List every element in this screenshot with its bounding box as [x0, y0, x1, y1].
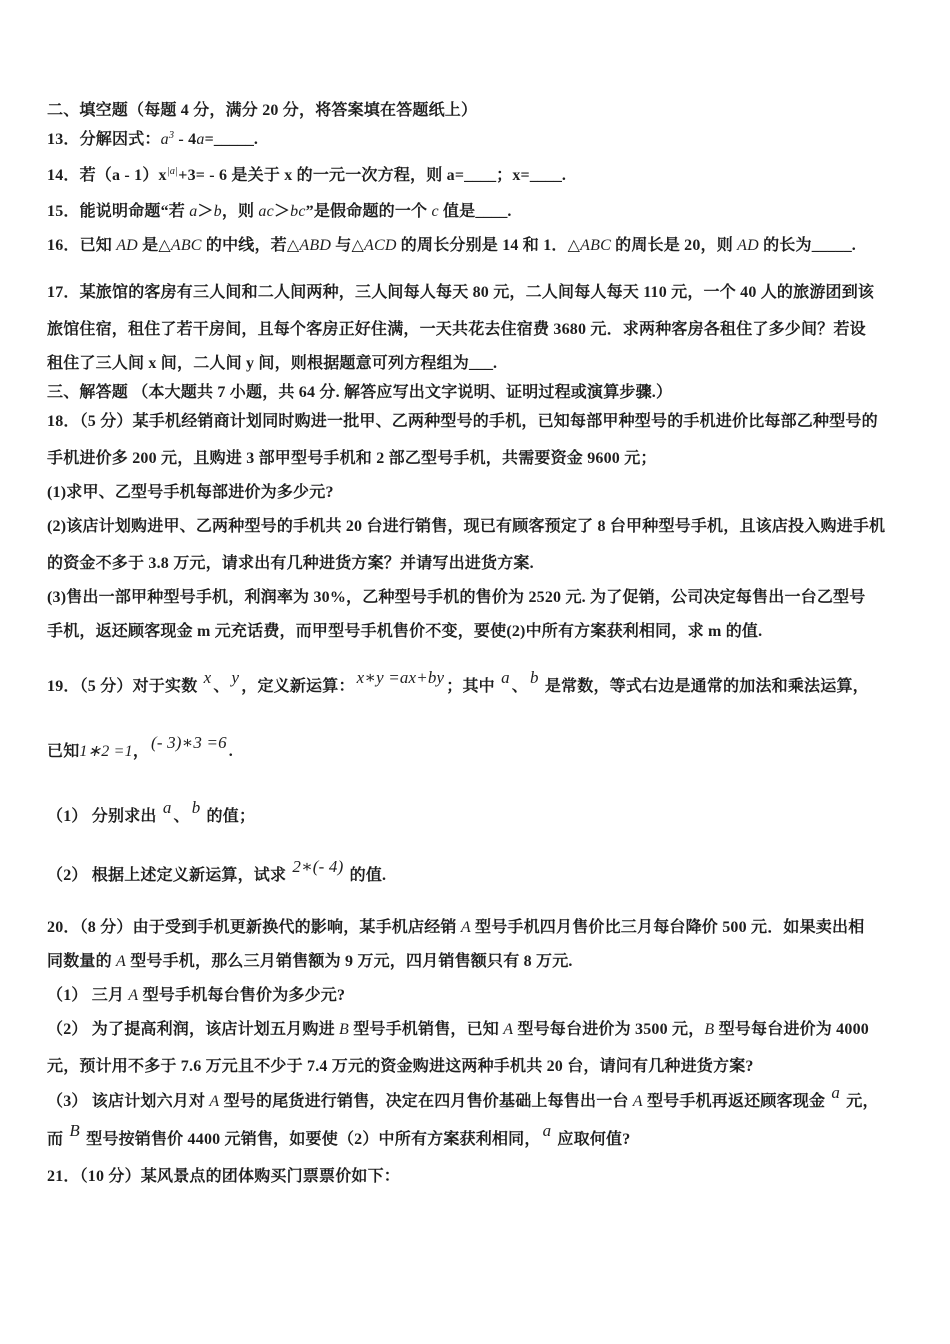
- text-run: =: [205, 131, 214, 148]
- italic-math-run: A: [633, 1093, 643, 1110]
- answer-blank: ___: [469, 355, 493, 372]
- q18-line1: 18．（5 分）某手机经销商计划同时购进一批甲、乙两种型号的手机，已知每部甲种型…: [47, 411, 910, 432]
- text-run: ，定义新运算：: [241, 678, 354, 695]
- q20-part1: （1） 三月 A 型号手机每台售价为多少元?: [47, 985, 910, 1006]
- q18-part3-line1: (3)售出一部甲种型号手机，利润率为 30%，乙种型号手机的售价为 2520 元…: [47, 587, 910, 608]
- raised-math-run: (- 3)∗3 =6: [149, 732, 229, 753]
- text-run: .: [852, 237, 856, 254]
- text-run: ＞: [197, 203, 213, 220]
- text-run: 17．某旅馆的客房有三人间和二人间两种，三人间每人每天 80 元，二人间每人每天…: [47, 284, 874, 301]
- text-run: .: [493, 355, 497, 372]
- section-3-header: 三、解答题 （本大题共 7 小题，共 64 分. 解答应写出文字说明、证明过程或…: [47, 382, 910, 403]
- italic-math-run: ABD: [299, 237, 331, 254]
- text-run: (1)求甲、乙型号手机每部进价为多少元?: [47, 484, 334, 501]
- text-run: 14．若（a - 1）x: [47, 167, 167, 184]
- text-run: (3)售出一部甲种型号手机，利润率为 30%，乙种型号手机的售价为 2520 元…: [47, 589, 865, 606]
- q18-part3-line2: 手机，返还顾客现金 m 元充话费，而甲型号手机售价不变，要使(2)中所有方案获利…: [47, 621, 910, 642]
- superscript-math-run: 3: [169, 130, 174, 141]
- q18-line2: 手机进价多 200 元，且购进 3 部甲型号手机和 2 部乙型号手机，共需要资金…: [47, 448, 910, 469]
- q20-line1: 20．（8 分）由于受到手机更新换代的影响，某手机店经销 A 型号手机四月售价比…: [47, 917, 910, 938]
- text-run: 的周长是 20，则: [611, 237, 737, 254]
- italic-math-run: B: [339, 1021, 349, 1038]
- text-run: （2） 为了提高利润，该店计划五月购进: [47, 1021, 339, 1038]
- text-run: ＞: [274, 203, 290, 220]
- text-run: 三、解答题 （本大题共 7 小题，共 64 分. 解答应写出文字说明、证明过程或…: [47, 384, 672, 401]
- q17-line1: 17．某旅馆的客房有三人间和二人间两种，三人间每人每天 80 元，二人间每人每天…: [47, 282, 910, 303]
- text-run: 15．能说明命题“若: [47, 203, 189, 220]
- italic-math-run: 1∗2 =1: [79, 743, 132, 760]
- section-2-header: 二、填空题（每题 4 分，满分 20 分，将答案填在答题纸上）: [47, 100, 910, 121]
- italic-math-run: c: [431, 203, 438, 220]
- text-run: 型号手机销售，已知: [349, 1021, 503, 1038]
- text-run: 与△: [331, 237, 364, 254]
- text-run: 型号按销售价 4400 元销售，如要使（2）中所有方案获利相同，: [82, 1131, 541, 1148]
- raised-math-run: a: [829, 1082, 842, 1103]
- text-run: 型号手机每台售价为多少元?: [138, 987, 345, 1004]
- raised-math-run: b: [528, 667, 541, 688]
- q20-part3-line1: （3） 该店计划六月对 A 型号的尾货进行销售，决定在四月售价基础上每售出一台 …: [47, 1090, 910, 1112]
- text-run: 二、填空题（每题 4 分，满分 20 分，将答案填在答题纸上）: [47, 102, 477, 119]
- text-run: 型号每台进价为 4000: [714, 1021, 869, 1038]
- answer-blank: _____: [214, 131, 254, 148]
- text-run: ，则: [222, 203, 259, 220]
- text-run: - 4: [174, 131, 196, 148]
- text-run: 手机，返还顾客现金 m 元充话费，而甲型号手机售价不变，要使(2)中所有方案获利…: [47, 623, 762, 640]
- raised-math-run: a: [541, 1120, 554, 1141]
- q19-part1: （1） 分别求出 a、b 的值；: [47, 805, 910, 827]
- q16: 16．已知 AD 是△ABC 的中线，若△ABD 与△ACD 的周长分别是 14…: [47, 235, 910, 256]
- document-page: 二、填空题（每题 4 分，满分 20 分，将答案填在答题纸上）13．分解因式：a…: [0, 0, 950, 1344]
- text-run: 型号每台进价为 3500 元，: [513, 1021, 704, 1038]
- text-run: +3= - 6 是关于 x 的一元一次方程，则 a=: [178, 167, 464, 184]
- text-run: 的周长分别是 14 和 1．△: [397, 237, 581, 254]
- q19-line2: 已知1∗2 =1，(- 3)∗3 =6.: [47, 740, 910, 762]
- italic-math-run: a: [161, 131, 169, 148]
- text-run: 手机进价多 200 元，且购进 3 部甲型号手机和 2 部乙型号手机，共需要资金…: [47, 450, 657, 467]
- answer-blank: ____: [530, 167, 562, 184]
- q15: 15．能说明命题“若 a＞b，则 ac＞bc”是假命题的一个 c 值是____.: [47, 201, 910, 222]
- italic-math-run: b: [214, 203, 222, 220]
- raised-math-run: y: [230, 667, 242, 688]
- text-run: (2)该店计划购进甲、乙两种型号的手机共 20 台进行销售，现已有顾客预定了 8…: [47, 518, 885, 535]
- italic-math-run: A: [503, 1021, 513, 1038]
- q20-part3-line2: 而 B 型号按销售价 4400 元销售，如要使（2）中所有方案获利相同，a 应取…: [47, 1128, 910, 1150]
- italic-math-run: A: [128, 987, 138, 1004]
- raised-math-run: 2∗(- 4): [290, 856, 345, 877]
- italic-math-run: a: [196, 131, 204, 148]
- answer-blank: _____: [812, 237, 852, 254]
- italic-math-run: ACD: [364, 237, 397, 254]
- italic-math-run: AD: [737, 237, 759, 254]
- text-run: （1） 三月: [47, 987, 128, 1004]
- text-run: 、: [512, 678, 528, 695]
- text-run: 19．（5 分）对于实数: [47, 678, 202, 695]
- text-run: 同数量的: [47, 953, 116, 970]
- text-run: 的值；: [202, 808, 255, 825]
- italic-math-run: bc: [290, 203, 306, 220]
- text-run: 型号手机再返还顾客现金: [643, 1093, 830, 1110]
- q18-part2-line2: 的资金不多于 3.8 万元，请求出有几种进货方案？并请写出进货方案.: [47, 553, 910, 574]
- text-run: 16．已知: [47, 237, 116, 254]
- text-run: 型号手机四月售价比三月每台降价 500 元．如果卖出相: [471, 919, 865, 936]
- text-run: 、: [173, 808, 189, 825]
- text-run: ”是假命题的一个: [306, 203, 432, 220]
- raised-math-run: a: [161, 797, 174, 818]
- text-run: （1） 分别求出: [47, 808, 161, 825]
- italic-math-run: ac: [258, 203, 274, 220]
- raised-math-run: x: [202, 667, 214, 688]
- q20-part2-line1: （2） 为了提高利润，该店计划五月购进 B 型号手机销售，已知 A 型号每台进价…: [47, 1019, 910, 1040]
- text-run: .: [254, 131, 258, 148]
- raised-math-run: B: [67, 1120, 82, 1141]
- q17-line2: 旅馆住宿，租住了若干房间，且每个客房正好住满，一天共花去住宿费 3680 元．求…: [47, 319, 910, 340]
- raised-math-run: x∗y =ax+by: [355, 667, 447, 688]
- answer-blank: ____: [464, 167, 496, 184]
- text-run: 旅馆住宿，租住了若干房间，且每个客房正好住满，一天共花去住宿费 3680 元．求…: [47, 321, 866, 338]
- text-run: 元，预计用不多于 7.6 万元且不少于 7.4 万元的资金购进这两种手机共 20…: [47, 1058, 754, 1075]
- text-run: .: [229, 743, 233, 760]
- italic-math-run: A: [116, 953, 126, 970]
- text-run: 型号手机，那么三月销售额为 9 万元，四月销售额只有 8 万元.: [126, 953, 573, 970]
- answer-blank: ____: [475, 203, 507, 220]
- text-run: 21．（10 分）某风景点的团体购买门票票价如下：: [47, 1168, 400, 1185]
- text-run: 13．分解因式：: [47, 131, 161, 148]
- text-run: 18．（5 分）某手机经销商计划同时购进一批甲、乙两种型号的手机，已知每部甲种型…: [47, 413, 878, 430]
- text-run: 的长为: [759, 237, 812, 254]
- q20-part2-line2: 元，预计用不多于 7.6 万元且不少于 7.4 万元的资金购进这两种手机共 20…: [47, 1056, 910, 1077]
- q13: 13．分解因式：a3 - 4a=_____.: [47, 129, 910, 152]
- text-run: .: [562, 167, 566, 184]
- italic-math-run: B: [704, 1021, 714, 1038]
- italic-math-run: A: [461, 919, 471, 936]
- italic-math-run: AD: [116, 237, 138, 254]
- italic-math-run: ABC: [580, 237, 611, 254]
- text-run: （3） 该店计划六月对: [47, 1093, 209, 1110]
- q18-part1: (1)求甲、乙型号手机每部进价为多少元?: [47, 482, 910, 503]
- raised-math-run: a: [499, 667, 512, 688]
- italic-math-run: ABC: [171, 237, 202, 254]
- text-run: ；其中: [446, 678, 499, 695]
- text-run: 是常数，等式右边是通常的加法和乘法运算，: [541, 678, 869, 695]
- text-run: 是△: [138, 237, 171, 254]
- text-run: 元，: [842, 1093, 879, 1110]
- text-run: （2） 根据上述定义新运算，试求: [47, 867, 290, 884]
- text-run: 而: [47, 1131, 67, 1148]
- italic-math-run: A: [209, 1093, 219, 1110]
- q20-line2: 同数量的 A 型号手机，那么三月销售额为 9 万元，四月销售额只有 8 万元.: [47, 951, 910, 972]
- q18-part2-line1: (2)该店计划购进甲、乙两种型号的手机共 20 台进行销售，现已有顾客预定了 8…: [47, 516, 910, 537]
- text-run: ，: [133, 743, 149, 760]
- text-run: 值是: [439, 203, 476, 220]
- q21-line1: 21．（10 分）某风景点的团体购买门票票价如下：: [47, 1166, 910, 1187]
- text-run: 的资金不多于 3.8 万元，请求出有几种进货方案？并请写出进货方案.: [47, 555, 534, 572]
- text-run: 的值.: [345, 867, 386, 884]
- superscript-math-run: |a|: [167, 166, 179, 177]
- raised-math-run: b: [190, 797, 203, 818]
- text-run: .: [507, 203, 511, 220]
- text-run: ；x=: [496, 167, 530, 184]
- text-run: 20．（8 分）由于受到手机更新换代的影响，某手机店经销: [47, 919, 461, 936]
- q19-part2: （2） 根据上述定义新运算，试求 2∗(- 4) 的值.: [47, 864, 910, 886]
- text-run: 租住了三人间 x 间，二人间 y 间，则根据题意可列方程组为: [47, 355, 469, 372]
- text-run: 、: [213, 678, 229, 695]
- text-run: 应取何值?: [553, 1131, 630, 1148]
- text-run: 已知: [47, 743, 79, 760]
- text-run: 型号的尾货进行销售，决定在四月售价基础上每售出一台: [219, 1093, 632, 1110]
- q19-line1: 19．（5 分）对于实数 x、y，定义新运算：x∗y =ax+by；其中 a、b…: [47, 675, 910, 697]
- q14: 14．若（a - 1）x|a|+3= - 6 是关于 x 的一元一次方程，则 a…: [47, 165, 910, 188]
- q17-line3: 租住了三人间 x 间，二人间 y 间，则根据题意可列方程组为___.: [47, 353, 910, 374]
- text-run: 的中线，若△: [202, 237, 300, 254]
